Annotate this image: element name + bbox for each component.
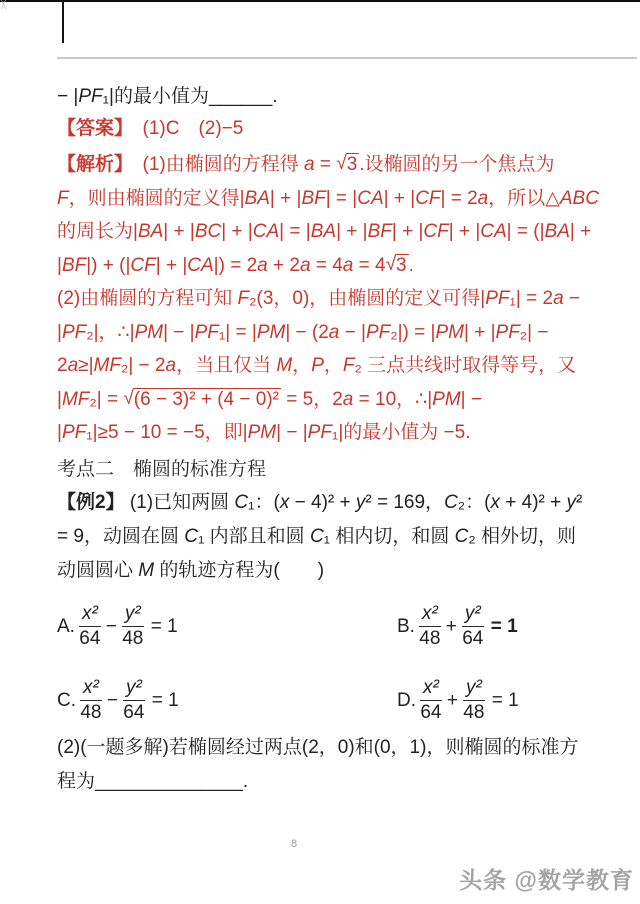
text-segment: BC — [195, 221, 221, 242]
text-segment: C — [184, 526, 198, 547]
text-segment: BA — [138, 221, 163, 242]
text-segment: ² = 169， — [365, 492, 444, 513]
text-segment: x — [491, 492, 501, 513]
text-segment: PF — [496, 322, 520, 343]
radicand: 3 — [395, 254, 409, 276]
text-segment: | = | — [279, 221, 311, 242]
text-segment: |) = 2 — [214, 255, 257, 276]
fraction-numerator: x² — [80, 678, 102, 701]
text-segment: ₁| = | — [219, 322, 257, 343]
fraction-numerator: y² — [463, 678, 485, 701]
radical-sign: √ — [123, 382, 133, 416]
text-segment: | + | — [156, 255, 188, 276]
fraction: x²64 — [79, 604, 101, 650]
text-segment: | + — [570, 221, 591, 242]
text-segment: | = (| — [507, 221, 545, 242]
text-segment: ₂ 相外切，则 — [468, 526, 576, 547]
text-segment: ，则由椭圆的定义得| — [69, 188, 245, 209]
text-segment: | − (2 — [285, 322, 328, 343]
text-segment: a — [343, 389, 354, 410]
text-segment: .设椭圆的另一个焦点为 — [359, 154, 554, 175]
section-heading: 考点二 椭圆的标准方程 — [57, 456, 266, 484]
text-segment: PF — [366, 322, 390, 343]
text-segment: BA — [545, 221, 570, 242]
text-line: |BF|) + (|CF| + |CA|) = 2a + 2a = 4a = 4… — [57, 249, 617, 283]
fraction-denominator: 48 — [419, 627, 441, 650]
text-segment: M — [276, 355, 292, 376]
text-line: = 9，动圆在圆 C₁ 内部且和圆 C₁ 相内切，和圆 C₂ 相外切，则 — [57, 520, 617, 554]
operator: − — [106, 616, 117, 638]
text-segment: ₂| − — [520, 322, 549, 343]
text-segment: 【例2】 — [57, 492, 125, 513]
text-segment: ₂| − 2 — [121, 355, 166, 376]
text-segment: |) + (| — [86, 255, 130, 276]
text-segment: − | — [57, 86, 78, 107]
text-segment: − — [564, 288, 580, 309]
text-segment: x — [280, 492, 290, 513]
text-segment: ₂(3，0)，由椭圆的定义可得| — [249, 288, 485, 309]
option-b: B. x²48 + y²64 = 1 — [397, 603, 617, 651]
fraction-numerator: y² — [462, 604, 484, 627]
text-segment: a — [300, 255, 311, 276]
part2-block: (2)(一题多解)若椭圆经过两点(2，0)和(0，1)，则椭圆的标准方程为___… — [57, 731, 617, 799]
equals-value: = 1 — [491, 616, 518, 638]
text-segment: MF — [94, 355, 121, 376]
text-line: |MF₂| = √(6 − 3)² + (4 − 0)² = 5，2a = 10… — [57, 383, 617, 417]
operator: + — [446, 616, 457, 638]
text-segment: + 4)² + — [500, 492, 567, 513]
text-line: (2)(一题多解)若椭圆经过两点(2，0)和(0，1)，则椭圆的标准方 — [57, 731, 617, 765]
text-segment: | = 2 — [441, 188, 478, 209]
text-segment: | + | — [464, 322, 496, 343]
text-segment: ABC — [560, 188, 599, 209]
text-segment: BF — [368, 221, 392, 242]
equals-value: = 1 — [152, 690, 179, 712]
text-segment: | + | — [163, 221, 195, 242]
text-segment: − | — [339, 322, 366, 343]
text-segment: M — [138, 560, 154, 581]
text-segment: | + | — [270, 188, 302, 209]
text-segment: a — [257, 255, 268, 276]
text-segment: = 4 — [353, 255, 385, 276]
fraction: x²48 — [80, 678, 102, 724]
text-segment: ₂|，∴| — [86, 322, 134, 343]
text-line: F，则由椭圆的定义得|BA| + |BF| = |CA| + |CF| = 2a… — [57, 182, 617, 216]
text-segment: MF — [62, 389, 89, 410]
option-label: C. — [57, 690, 76, 712]
text-segment: | − | — [276, 422, 308, 443]
text-segment: 动圆圆心 — [57, 560, 138, 581]
text-segment: ， — [292, 355, 311, 376]
text-segment: CA — [480, 221, 506, 242]
text-segment: (2)由椭圆的方程可知 — [57, 288, 238, 309]
option-label: D. — [397, 690, 416, 712]
text-segment: F — [238, 288, 250, 309]
equals-value: = 1 — [492, 690, 519, 712]
text-segment: CA — [253, 221, 279, 242]
text-segment: PM — [248, 422, 277, 443]
text-segment: (1)由椭圆的方程得 — [124, 154, 305, 175]
text-segment: (1)已知两圆 — [125, 492, 235, 513]
text-segment: | − — [461, 389, 482, 410]
option-label: A. — [57, 616, 75, 638]
sqrt-expression: √3 — [386, 255, 409, 276]
text-segment: a — [304, 154, 315, 175]
text-segment: | + | — [449, 221, 481, 242]
text-segment: P — [311, 355, 324, 376]
text-segment: 【答案】 — [57, 118, 124, 139]
fraction-numerator: y² — [122, 604, 144, 627]
text-segment: CA — [357, 188, 383, 209]
horizontal-rule — [57, 57, 637, 59]
text-segment: | = | — [326, 188, 358, 209]
text-segment: ₁|的最小值为 −5. — [332, 422, 471, 443]
watermark: 头条 @数学教育 — [459, 862, 634, 895]
text-segment: PF — [62, 322, 86, 343]
text-segment: PF — [308, 422, 332, 443]
text-segment: (2)(一题多解)若椭圆经过两点(2，0)和(0，1)，则椭圆的标准方 — [57, 737, 578, 758]
radicand: 3 — [346, 153, 360, 175]
text-segment: = 5，2 — [281, 389, 343, 410]
text-segment: BF — [62, 255, 86, 276]
text-segment: ，当且仅当 — [176, 355, 276, 376]
fraction-denominator: 48 — [463, 701, 485, 724]
text-segment: BF — [301, 188, 325, 209]
text-segment: ² — [576, 492, 582, 513]
text-line: 程为______________. — [57, 765, 617, 799]
text-line: 【解析】 (1)由椭圆的方程得 a = √3.设椭圆的另一个焦点为 — [57, 148, 617, 182]
sqrt-expression: √3 — [336, 154, 359, 175]
text-segment: 2 — [57, 355, 68, 376]
text-line: 的周长为|BA| + |BC| + |CA| = |BA| + |BF| + |… — [57, 215, 617, 249]
text-segment: | − | — [163, 322, 195, 343]
text-segment: = — [315, 154, 337, 175]
text-segment: | + | — [384, 188, 416, 209]
text-segment: BA — [311, 221, 336, 242]
fraction: x²48 — [419, 604, 441, 650]
operator: + — [447, 690, 458, 712]
corner-mark: ╳ — [1, 1, 6, 9]
text-segment: ₁| = 2 — [510, 288, 554, 309]
fraction: x²64 — [420, 678, 442, 724]
fraction-denominator: 64 — [79, 627, 101, 650]
radicand: (6 − 3)² + (4 − 0)² — [133, 388, 281, 410]
option-label: B. — [397, 616, 415, 638]
text-segment: CA — [187, 255, 213, 276]
text-segment: ₂ 三点共线时取得等号，又 — [355, 355, 577, 376]
radical-sign: √ — [386, 248, 396, 282]
option-a: A. x²64 − y²48 = 1 — [57, 603, 397, 651]
fraction-numerator: x² — [420, 678, 442, 701]
text-line: |PF₁|≥5 − 10 = −5，即|PM| − |PF₁|的最小值为 −5. — [57, 416, 617, 450]
text-segment: C — [444, 492, 458, 513]
fraction: y²64 — [462, 604, 484, 650]
text-segment: − 4)² + — [289, 492, 356, 513]
fraction: y²48 — [122, 604, 144, 650]
answer-line: 【答案】 (1)C (2)−5 — [57, 114, 243, 144]
text-segment: 的轨迹方程为( ) — [154, 560, 324, 581]
radical-sign: √ — [336, 147, 346, 181]
text-line: 【例2】 (1)已知两圆 C₁：(x − 4)² + y² = 169，C₂：(… — [57, 486, 617, 520]
question-tail-line: − |PF₁|的最小值为______. — [57, 83, 278, 111]
option-d: D. x²64 + y²48 = 1 — [397, 677, 617, 725]
text-segment: a — [329, 322, 340, 343]
text-line: 2a≥|MF₂| − 2a，当且仅当 M，P，F₂ 三点共线时取得等号，又 — [57, 349, 617, 383]
fraction-numerator: x² — [419, 604, 441, 627]
text-segment: . — [409, 255, 414, 276]
fraction: y²48 — [463, 678, 485, 724]
text-segment: + 2 — [268, 255, 300, 276]
text-segment: ₂：( — [458, 492, 491, 513]
text-segment: C — [455, 526, 469, 547]
text-segment: | + | — [221, 221, 253, 242]
text-segment: ，所以△ — [488, 188, 560, 209]
text-segment: ₁|≥5 − 10 = −5，即| — [86, 422, 247, 443]
text-segment: CF — [415, 188, 440, 209]
text-line: (2)由椭圆的方程可知 F₂(3，0)，由椭圆的定义可得|PF₁| = 2a − — [57, 282, 617, 316]
text-segment: a — [478, 188, 489, 209]
text-segment: a — [68, 355, 79, 376]
text-segment: BA — [245, 188, 270, 209]
text-segment: PF — [78, 86, 102, 107]
text-segment: = 9，动圆在圆 — [57, 526, 184, 547]
text-segment: ₁ 相内切，和圆 — [324, 526, 455, 547]
text-segment: ， — [324, 355, 343, 376]
text-segment: PF — [195, 322, 219, 343]
text-segment: 的周长为| — [57, 221, 138, 242]
page-number: 8 — [291, 838, 297, 850]
left-vertical-line — [62, 0, 64, 43]
text-segment: PM — [435, 322, 464, 343]
text-segment: PM — [135, 322, 164, 343]
text-segment: a — [343, 255, 354, 276]
example2-block: 【例2】 (1)已知两圆 C₁：(x − 4)² + y² = 169，C₂：(… — [57, 486, 617, 588]
fraction-denominator: 64 — [420, 701, 442, 724]
text-segment: C — [234, 492, 248, 513]
solution-block: 【解析】 (1)由椭圆的方程得 a = √3.设椭圆的另一个焦点为F，则由椭圆的… — [57, 148, 617, 450]
text-segment: ≥| — [78, 355, 93, 376]
text-segment: ₂| = — [89, 389, 123, 410]
operator: − — [107, 690, 118, 712]
equals-value: = 1 — [151, 616, 178, 638]
text-segment: ₁ 内部且和圆 — [198, 526, 310, 547]
text-segment: CF — [423, 221, 448, 242]
fraction-numerator: x² — [79, 604, 101, 627]
text-segment: (1)C (2)−5 — [124, 118, 244, 139]
text-segment: C — [310, 526, 324, 547]
text-segment: PF — [62, 422, 86, 443]
option-c: C. x²48 − y²64 = 1 — [57, 677, 397, 725]
text-segment: a — [166, 355, 177, 376]
text-segment: = 10，∴| — [353, 389, 432, 410]
text-segment: ₁：( — [248, 492, 280, 513]
text-segment: | + | — [392, 221, 424, 242]
text-segment: = 4 — [311, 255, 343, 276]
text-segment: CF — [130, 255, 155, 276]
sqrt-expression: √(6 − 3)² + (4 − 0)² — [123, 389, 281, 410]
text-segment: y — [567, 492, 577, 513]
text-segment: F — [57, 188, 69, 209]
text-segment: ₂|) = | — [390, 322, 435, 343]
text-segment: PM — [257, 322, 286, 343]
fraction-numerator: y² — [123, 678, 145, 701]
text-segment: PM — [432, 389, 461, 410]
fraction-denominator: 64 — [462, 627, 484, 650]
text-segment: 【解析】 — [57, 154, 124, 175]
text-segment: ₁|的最小值为______. — [103, 86, 278, 107]
text-segment: | + | — [336, 221, 368, 242]
text-line: |PF₂|，∴|PM| − |PF₁| = |PM| − (2a − |PF₂|… — [57, 316, 617, 350]
fraction-denominator: 48 — [80, 701, 102, 724]
text-segment: F — [343, 355, 355, 376]
text-segment: PF — [485, 288, 509, 309]
fraction-denominator: 64 — [123, 701, 145, 724]
text-segment: a — [553, 288, 564, 309]
fraction-denominator: 48 — [122, 627, 144, 650]
text-segment: y — [356, 492, 366, 513]
options-grid: A. x²64 − y²48 = 1 B. x²48 + y²64 = 1 C.… — [57, 603, 617, 725]
text-line: 动圆圆心 M 的轨迹方程为( ) — [57, 554, 617, 588]
text-segment: 程为______________. — [57, 771, 248, 792]
top-border-line — [0, 0, 640, 2]
fraction: y²64 — [123, 678, 145, 724]
